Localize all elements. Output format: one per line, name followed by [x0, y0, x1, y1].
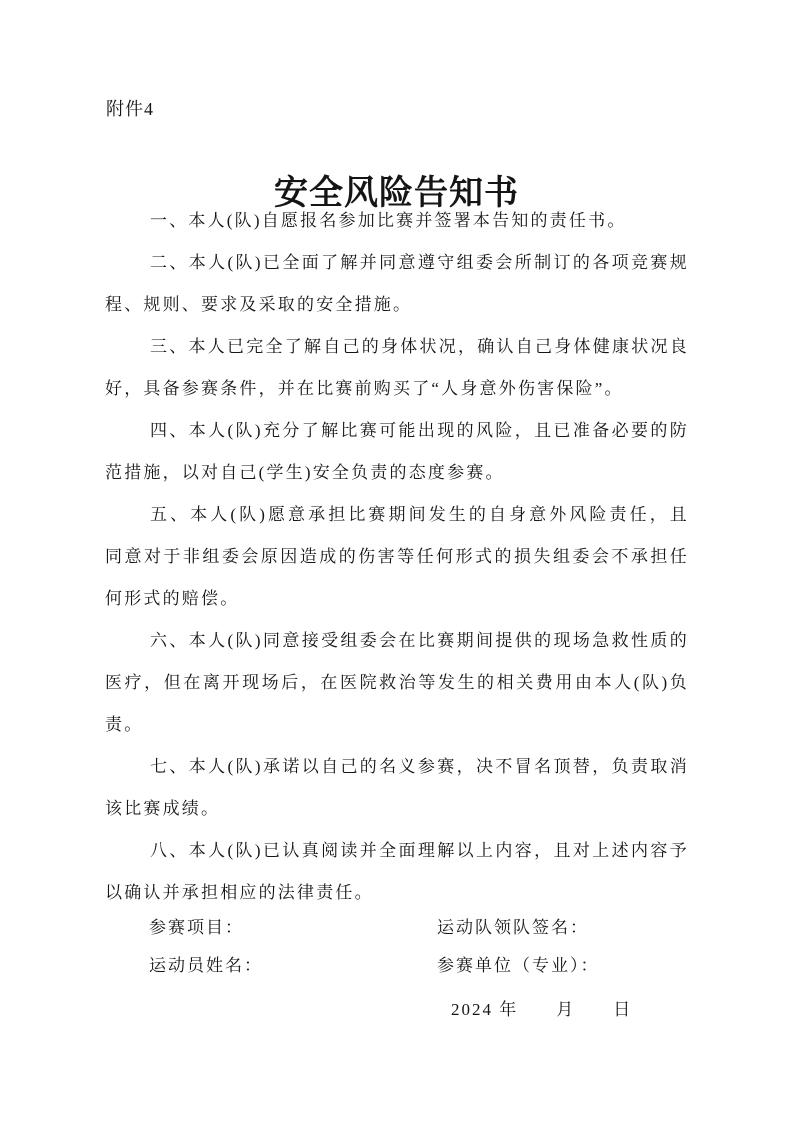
attachment-label: 附件4	[106, 95, 154, 121]
body-paragraph-3: 三、本人已完全了解自己的身体状况，确认自己身体健康状况良好，具备参赛条件，并在比…	[105, 326, 689, 410]
body-paragraph-8: 八、本人(队)已认真阅读并全面理解以上内容，且对上述内容予以确认并承担相应的法律…	[105, 830, 689, 914]
document-page: 附件4 安全风险告知书 一、本人(队)自愿报名参加比赛并签署本告知的责任书。 二…	[0, 0, 793, 1122]
body-paragraph-6: 六、本人(队)同意接受组委会在比赛期间提供的现场急救性质的医疗，但在离开现场后，…	[105, 620, 689, 746]
body-paragraph-1: 一、本人(队)自愿报名参加比赛并签署本告知的责任书。	[105, 200, 689, 242]
signature-field-team-leader-label: 运动队领队签名：	[437, 916, 589, 940]
body-paragraph-5: 五、本人(队)愿意承担比赛期间发生的自身意外风险责任，且 同意对于非组委会原因造…	[105, 494, 689, 620]
signature-field-unit-label: 参赛单位（专业）：	[437, 954, 600, 978]
signature-field-athlete-name-label: 运动员姓名：	[149, 954, 263, 978]
body-paragraph-4: 四、本人(队)充分了解比赛可能出现的风险，且已准备必要的防范措施，以对自己(学生…	[105, 410, 689, 494]
body-paragraph-2: 二、本人(队)已全面了解并同意遵守组委会所制订的各项竞赛规程、规则、要求及采取的…	[105, 242, 689, 326]
signature-date-line: 2024 年 月 日	[451, 998, 632, 1022]
document-body: 一、本人(队)自愿报名参加比赛并签署本告知的责任书。 二、本人(队)已全面了解并…	[105, 200, 689, 914]
body-paragraph-7: 七、本人(队)承诺以自己的名义参赛，决不冒名顶替，负责取消该比赛成绩。	[105, 746, 689, 830]
signature-field-event-label: 参赛项目：	[149, 916, 244, 940]
